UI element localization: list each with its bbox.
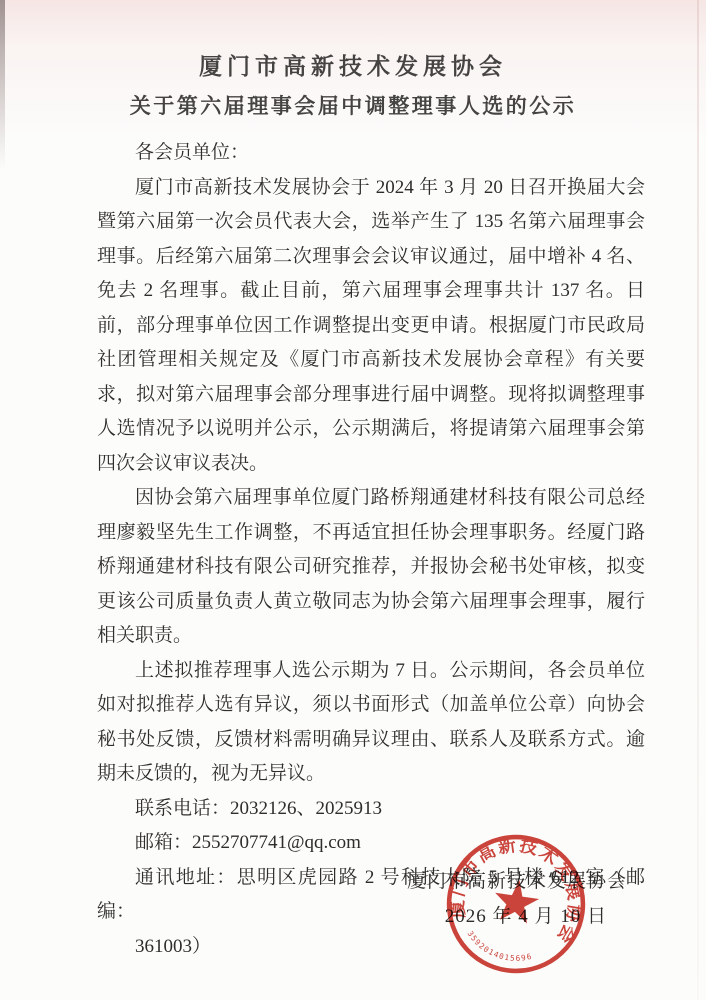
salutation: 各会员单位： xyxy=(97,136,645,171)
doc-title: 关于第六届理事会届中调整理事人选的公示 xyxy=(0,90,706,120)
scanned-document-page: { "document": { "org_title": "厦门市高新技术发展协… xyxy=(0,0,706,1000)
svg-text:3592014015696: 3592014015696 xyxy=(463,928,537,965)
org-title: 厦门市高新技术发展协会 xyxy=(0,48,706,81)
scan-artifact-right-line xyxy=(697,0,699,1000)
contact-phone: 联系电话：2032126、2025913 xyxy=(97,792,645,827)
official-seal: 厦门市高新技术发展协会 3592014015696 xyxy=(434,822,599,987)
paragraph-3: 上述拟推荐理事人选公示期为 7 日。公示期间，各会员单位如对拟推荐人选有异议，须… xyxy=(97,654,645,792)
seal-star-icon xyxy=(492,877,542,925)
paragraph-2: 因协会第六届理事单位厦门路桥翔通建材科技有限公司总经理廖毅坚先生工作调整，不再适… xyxy=(97,481,645,654)
seal-serial-number: 3592014015696 xyxy=(463,928,537,965)
scan-artifact-left-edge xyxy=(0,0,5,170)
paragraph-1: 厦门市高新技术发展协会于 2024 年 3 月 20 日召开换届大会暨第六届第一… xyxy=(97,171,645,482)
